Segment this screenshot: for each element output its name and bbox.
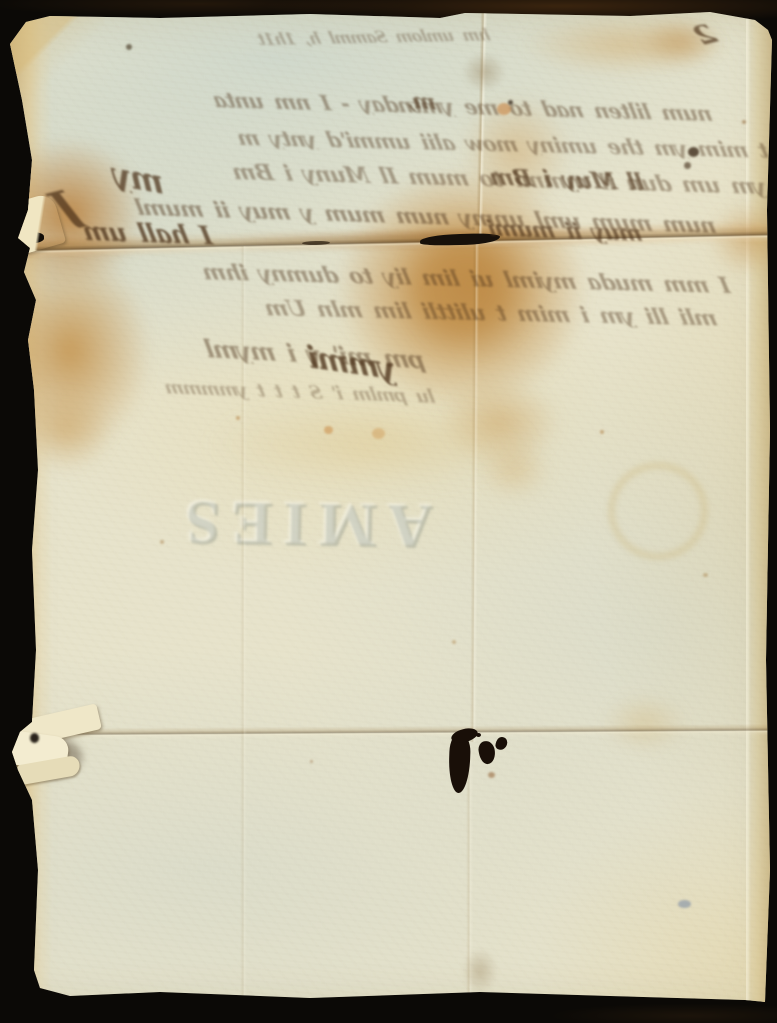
pinch-crumple-top: [462, 52, 506, 92]
paper-speck: [236, 416, 240, 420]
paper-speck: [684, 162, 691, 169]
paper-speck: [742, 120, 746, 124]
paper-speck: [310, 760, 313, 763]
stain-bottom-right: [602, 694, 688, 752]
paper-speck: [508, 100, 513, 105]
paper-speck: [324, 426, 333, 434]
ink-blot-dot: [476, 733, 481, 737]
paper-speck: [703, 573, 708, 577]
paper-speck: [160, 540, 164, 544]
paper-speck: [30, 733, 39, 743]
paper-speck: [688, 147, 699, 157]
stain-mid-band: [206, 402, 536, 488]
paper-speck: [600, 430, 604, 434]
paper-speck: [452, 640, 456, 644]
scan-stage: AMIES hm umlom Samml h, 1h1tnum lilte: [0, 0, 777, 1023]
watermark-text: AMIES: [174, 486, 433, 561]
paper-speck: [372, 428, 385, 439]
seal-ring-stain: [608, 462, 708, 560]
paper-speck: [678, 900, 691, 908]
letter-paper: AMIES hm umlom Samml h, 1h1tnum lilte: [10, 10, 772, 1012]
paper-speck: [126, 44, 132, 50]
paper-speck: [488, 772, 495, 778]
bleed-line: m,: [388, 88, 438, 114]
papermaker-watermark: AMIES: [167, 476, 441, 573]
pinch-crumple-bottom: [462, 948, 498, 994]
